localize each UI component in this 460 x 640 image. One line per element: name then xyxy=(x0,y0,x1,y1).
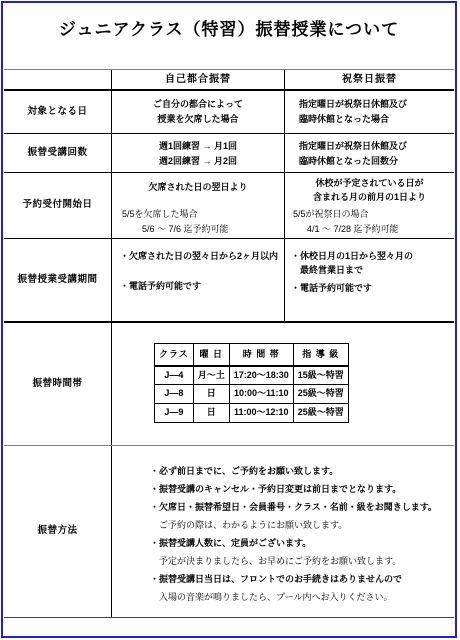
spacer xyxy=(120,263,284,279)
row-label-timetable: 振替時間帯 xyxy=(4,323,112,445)
method-cell: ・必ず前日までに、ご予約をお願い致します。 ・振替受講のキャンセル・予約日変更は… xyxy=(112,446,454,617)
method-item: ・振替受講のキャンセル・予約日変更は前日までとなります。 xyxy=(150,480,454,498)
row-method: 振替方法 ・必ず前日までに、ご予約をお願い致します。 ・振替受講のキャンセル・予… xyxy=(4,446,454,618)
class-time: 10:00～11:10 xyxy=(229,385,293,404)
class-level: 25級～特習 xyxy=(293,404,348,423)
row-makeup-count: 振替受講回数 週1回練習 → 月1回 週2回練習 → 月2回 指定曜日が祝祭日休… xyxy=(4,134,454,173)
start-self-cell: 欠席された日の翌日より 5/5を欠席した場合 5/6 ～ 7/6 迄予約可能 xyxy=(112,173,285,238)
page-frame: ジュニアクラス（特習）振替授業について 自己都合振替 祝祭日振替 対象となる日 … xyxy=(1,1,457,638)
row-label-target: 対象となる日 xyxy=(4,91,112,133)
count-holiday-cell: 指定曜日が祝祭日休館及び 臨時休館となった回数分 xyxy=(285,134,454,172)
text-line: 含まれる月の前月の1日より xyxy=(285,190,454,204)
column-header-row: 自己都合振替 祝祭日振替 xyxy=(4,70,454,91)
schedule-col-level: 指 導 級 xyxy=(293,344,348,366)
text-line: 臨時休館となった回数分 xyxy=(299,154,454,169)
schedule-col-time: 時 間 帯 xyxy=(229,344,293,366)
row-label-period: 振替授業受講期間 xyxy=(4,239,112,321)
period-holiday-cell: ・休校日月の1日から翌々月の 最終営業日まで ・電話予約可能です xyxy=(285,239,454,321)
timetable-cell: クラス 曜 日 時 間 帯 指 導 級 J―4 月～土 17:20～18:30 xyxy=(112,323,454,445)
text-line: 5/5を欠席した場合 xyxy=(112,207,284,222)
start-holiday-cell: 休校が予定されている日が 含まれる月の前月の1日より 5/5が祝祭日の場合 4/… xyxy=(285,173,454,238)
class-time: 17:20～18:30 xyxy=(229,366,293,385)
schedule-row: J―4 月～土 17:20～18:30 15級～特習 xyxy=(155,366,349,385)
page-title: ジュニアクラス（特習）振替授業について xyxy=(59,4,399,69)
row-target-days: 対象となる日 ご自分の都合によって 授業を欠席した場合 指定曜日が祝祭日休館及び… xyxy=(4,91,454,134)
class-day: 日 xyxy=(193,385,229,404)
text-line: ・休校日月の1日から翌々月の xyxy=(291,249,454,263)
text-line: 5/6 ～ 7/6 迄予約可能 xyxy=(112,222,284,237)
row-timetable: 振替時間帯 クラス 曜 日 時 間 帯 指 導 級 xyxy=(4,323,454,446)
spacer xyxy=(112,195,284,207)
class-level: 25級～特習 xyxy=(293,385,348,404)
text-line: 休校が予定されている日が xyxy=(285,176,454,190)
row-label-start: 予約受付開始日 xyxy=(4,173,112,238)
class-day: 日 xyxy=(193,404,229,423)
text-line: 指定曜日が祝祭日休館及び xyxy=(299,97,454,112)
class-name: J―8 xyxy=(155,385,194,404)
document-table: ジュニアクラス（特習）振替授業について 自己都合振替 祝祭日振替 対象となる日 … xyxy=(4,4,454,618)
schedule-row: J―8 日 10:00～11:10 25級～特習 xyxy=(155,385,349,404)
header-self-makeup: 自己都合振替 xyxy=(112,70,285,89)
text-line: 欠席された日の翌日より xyxy=(112,180,284,195)
text-line: 最終営業日まで xyxy=(291,263,454,277)
period-self-cell: ・欠席された日の翌々日から2ヶ月以内 ・電話予約可能です xyxy=(112,239,285,321)
text-line: 4/1 ～ 7/28 迄予約可能 xyxy=(285,222,454,237)
target-holiday-cell: 指定曜日が祝祭日休館及び 臨時休館となった場合 xyxy=(285,91,454,133)
row-label-method: 振替方法 xyxy=(4,446,112,617)
row-reservation-start: 予約受付開始日 欠席された日の翌日より 5/5を欠席した場合 5/6 ～ 7/6… xyxy=(4,173,454,239)
text-line: ・電話予約可能です xyxy=(291,281,454,295)
row-attendance-period: 振替授業受講期間 ・欠席された日の翌々日から2ヶ月以内 ・電話予約可能です ・休… xyxy=(4,239,454,323)
class-name: J―4 xyxy=(155,366,194,385)
text-line: 週2回練習 → 月2回 xyxy=(112,154,284,169)
method-item: ・振替受講人数に、定員がございます。 xyxy=(150,534,454,552)
text-line: ・欠席された日の翌々日から2ヶ月以内 xyxy=(120,249,284,263)
method-item-note: 予定が決まりましたら、お早めにご予約をお願い致します。 xyxy=(150,552,454,570)
header-blank-cell xyxy=(4,70,112,89)
header-holiday-makeup: 祝祭日振替 xyxy=(285,70,454,89)
method-item: ・振替受講日当日は、フロントでのお手続きはありませんので xyxy=(150,570,454,588)
class-name: J―9 xyxy=(155,404,194,423)
text-line: 指定曜日が祝祭日休館及び xyxy=(299,139,454,154)
class-level: 15級～特習 xyxy=(293,366,348,385)
text-line: 週1回練習 → 月1回 xyxy=(112,139,284,154)
text-line: 5/5が祝祭日の場合 xyxy=(285,207,454,222)
title-row: ジュニアクラス（特習）振替授業について xyxy=(4,4,454,70)
class-schedule-table: クラス 曜 日 時 間 帯 指 導 級 J―4 月～土 17:20～18:30 xyxy=(154,343,349,423)
method-item-note: ご予約の際は、わかるようにお願い致します。 xyxy=(150,516,454,534)
row-label-count: 振替受講回数 xyxy=(4,134,112,172)
text-line: ご自分の都合によって xyxy=(112,97,284,112)
page: ジュニアクラス（特習）振替授業について 自己都合振替 祝祭日振替 対象となる日 … xyxy=(0,0,460,640)
text-line: 臨時休館となった場合 xyxy=(299,112,454,127)
schedule-row: J―9 日 11:00～12:10 25級～特習 xyxy=(155,404,349,423)
method-item: ・欠席日・振替希望日・会員番号・クラス・名前・級をお聞きします。 xyxy=(150,498,454,516)
method-item: ・必ず前日までに、ご予約をお願い致します。 xyxy=(150,462,454,480)
method-item-note: 入場の音楽が鳴りましたら、プール内へお入りください。 xyxy=(150,588,454,606)
class-time: 11:00～12:10 xyxy=(229,404,293,423)
count-self-cell: 週1回練習 → 月1回 週2回練習 → 月2回 xyxy=(112,134,285,172)
schedule-col-day: 曜 日 xyxy=(193,344,229,366)
target-self-cell: ご自分の都合によって 授業を欠席した場合 xyxy=(112,91,285,133)
text-line: 授業を欠席した場合 xyxy=(112,112,284,127)
schedule-col-class: クラス xyxy=(155,344,194,366)
schedule-header-row: クラス 曜 日 時 間 帯 指 導 級 xyxy=(155,344,349,366)
text-line: ・電話予約可能です xyxy=(120,279,284,293)
class-day: 月～土 xyxy=(193,366,229,385)
